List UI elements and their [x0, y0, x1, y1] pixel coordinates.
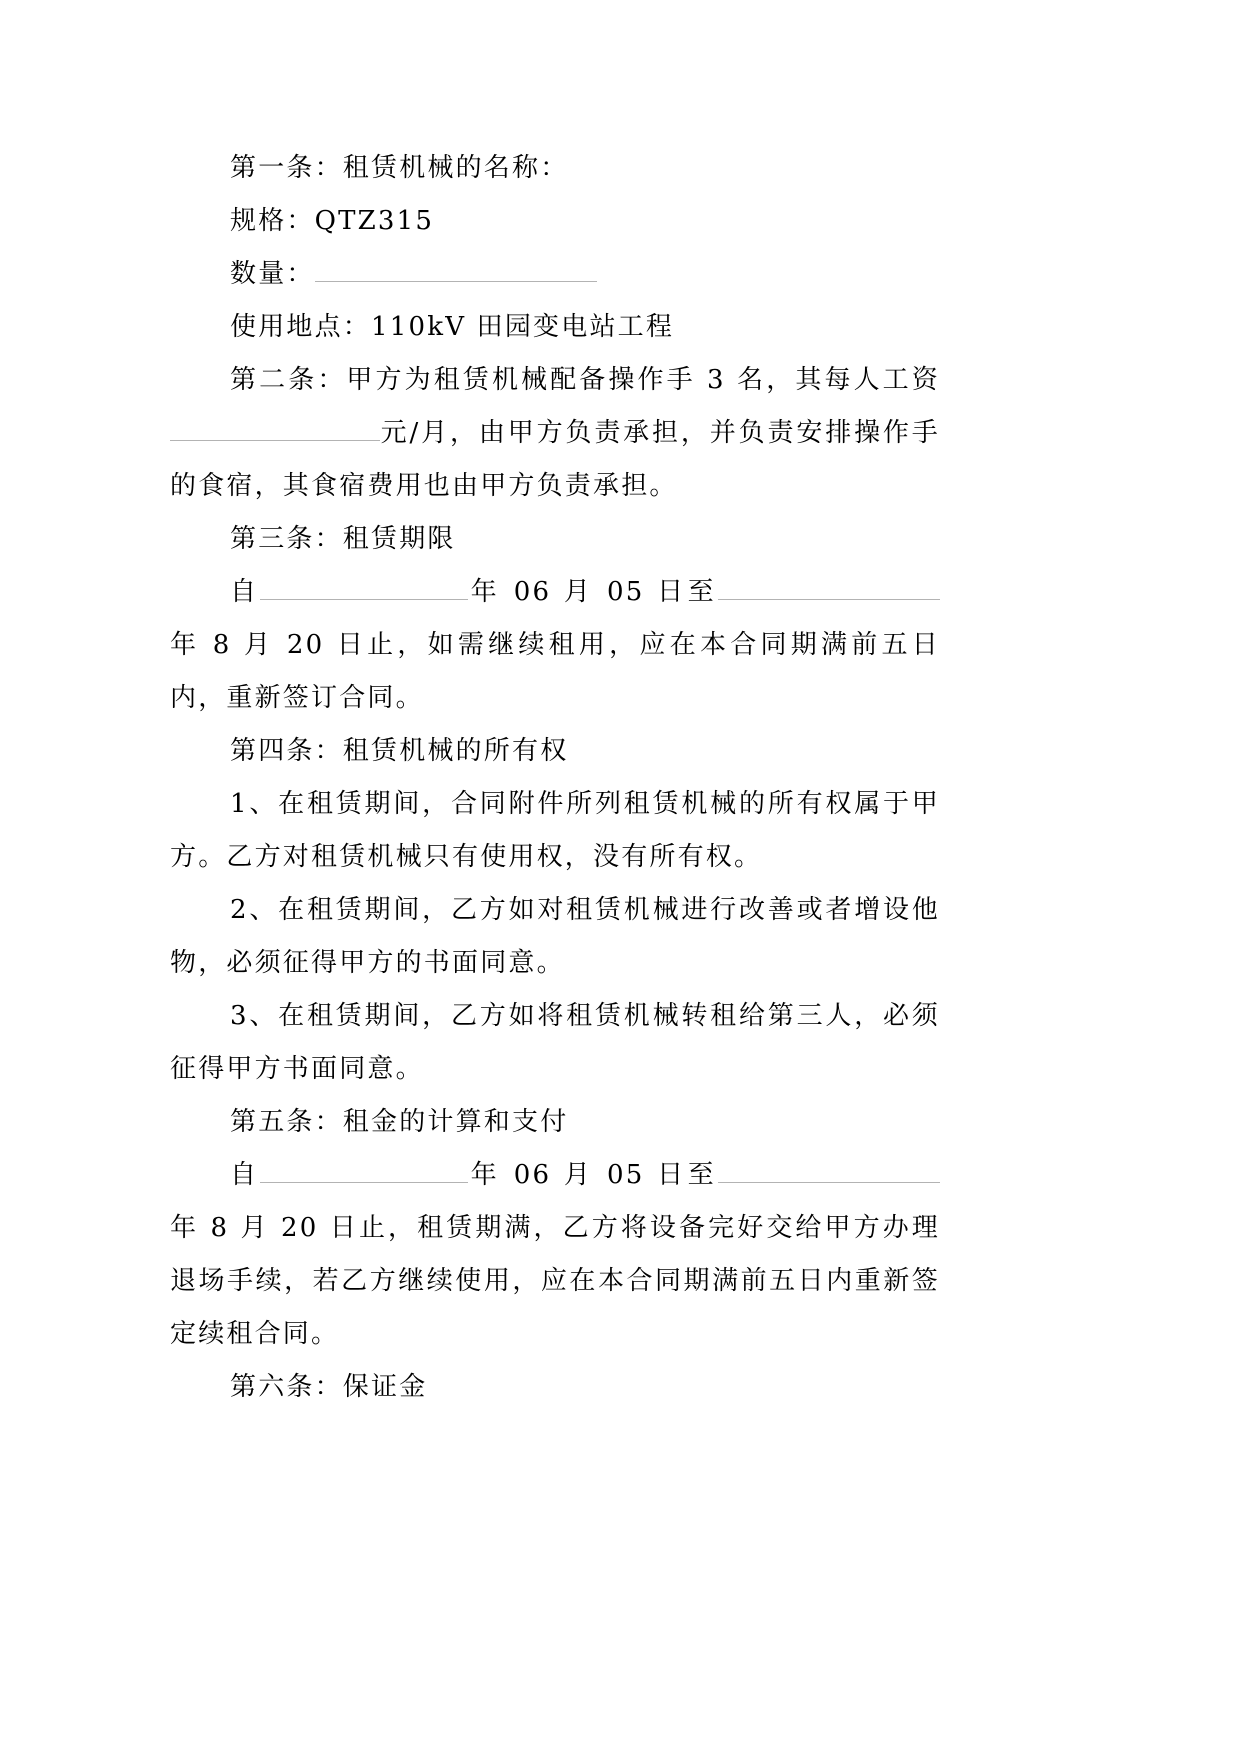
article-1-heading: 第一条：租赁机械的名称： — [170, 142, 940, 195]
article-2-text: 第二条：甲方为租赁机械配备操作手 3 名，其每人工资元/月，由甲方负责承担，并负… — [170, 354, 940, 513]
article-6-heading: 第六条：保证金 — [170, 1361, 940, 1414]
article-5-mid: 年 06 月 05 日至 — [468, 1160, 718, 1190]
article-3-after: 年 8 月 20 日止，如需继续租用，应在本合同期满前五日内，重新签订合同。 — [170, 630, 940, 713]
article-2-text-after: 元/月，由甲方负责承担，并负责安排操作手的食宿，其食宿费用也由甲方负责承担。 — [170, 418, 940, 501]
quantity-blank[interactable] — [315, 280, 597, 282]
wage-blank[interactable] — [170, 439, 380, 441]
rent-end-year-blank[interactable] — [718, 1181, 940, 1183]
start-year-blank[interactable] — [260, 598, 468, 600]
spec-value: QTZ315 — [315, 206, 435, 236]
location-line: 使用地点：110kV 田园变电站工程 — [170, 301, 940, 354]
location-label: 使用地点： — [230, 312, 371, 342]
article-5-heading: 第五条：租金的计算和支付 — [170, 1096, 940, 1149]
article-5-from: 自 — [230, 1160, 260, 1190]
article-4-item-1: 1、在租赁期间，合同附件所列租赁机械的所有权属于甲方。乙方对租赁机械只有使用权，… — [170, 778, 940, 884]
article-2-text-before: 第二条：甲方为租赁机械配备操作手 3 名，其每人工资 — [230, 365, 940, 395]
article-4-item-2: 2、在租赁期间，乙方如对租赁机械进行改善或者增设他物，必须征得甲方的书面同意。 — [170, 884, 940, 990]
end-year-blank[interactable] — [718, 598, 940, 600]
spec-line: 规格：QTZ315 — [170, 195, 940, 248]
article-4-heading: 第四条：租赁机械的所有权 — [170, 725, 940, 778]
contract-page: 第一条：租赁机械的名称： 规格：QTZ315 数量： 使用地点：110kV 田园… — [170, 142, 940, 1414]
article-3-term: 自年 06 月 05 日至年 8 月 20 日止，如需继续租用，应在本合同期满前… — [170, 566, 940, 725]
quantity-line: 数量： — [170, 248, 940, 301]
article-3-from: 自 — [230, 577, 260, 607]
article-4-item-3: 3、在租赁期间，乙方如将租赁机械转租给第三人，必须征得甲方书面同意。 — [170, 990, 940, 1096]
rent-start-year-blank[interactable] — [260, 1181, 468, 1183]
location-value: 110kV 田园变电站工程 — [371, 312, 674, 342]
spec-label: 规格： — [230, 206, 315, 236]
quantity-label: 数量： — [230, 259, 315, 289]
article-5-term: 自年 06 月 05 日至年 8 月 20 日止，租赁期满，乙方将设备完好交给甲… — [170, 1149, 940, 1361]
article-3-heading: 第三条：租赁期限 — [170, 513, 940, 566]
article-3-mid: 年 06 月 05 日至 — [468, 577, 718, 607]
article-5-after: 年 8 月 20 日止，租赁期满，乙方将设备完好交给甲方办理退场手续，若乙方继续… — [170, 1213, 940, 1349]
